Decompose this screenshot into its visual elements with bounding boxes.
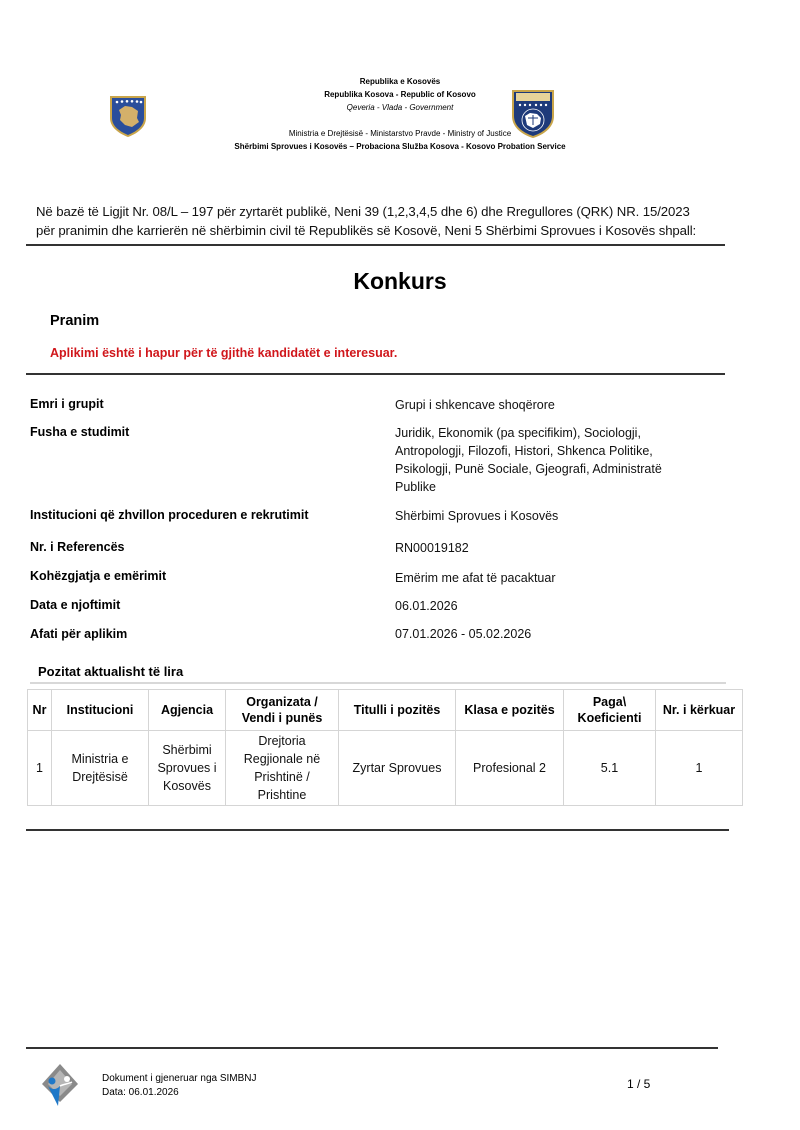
positions-table: Nr Institucioni Agjencia Organizata / Ve… — [27, 689, 743, 806]
table-header-row: Nr Institucioni Agjencia Organizata / Ve… — [28, 690, 743, 731]
table-row: 1 Ministria e Drejtësisë Shërbimi Sprovu… — [28, 731, 743, 806]
section-divider — [30, 682, 726, 684]
col-header-nr: Nr — [28, 690, 52, 731]
col-header-position-class: Klasa e pozitës — [456, 690, 564, 731]
info-value-field-of-study: Juridik, Ekonomik (pa specifikim), Socio… — [395, 424, 695, 496]
footer-info: Dokument i gjeneruar nga SIMBNJ Data: 06… — [102, 1072, 257, 1100]
cell-nr: 1 — [28, 731, 52, 806]
header-republic-multilingual: Republika Kosova - Republic of Kosovo — [0, 89, 800, 101]
header-government: Qeveria - Vlada - Government — [0, 102, 800, 114]
divider — [26, 244, 725, 246]
page-title: Konkurs — [0, 268, 800, 295]
info-label-field-of-study: Fusha e studimit — [30, 425, 129, 439]
col-header-institution: Institucioni — [52, 690, 149, 731]
simbnj-logo-icon — [40, 1062, 80, 1108]
info-label-recruiting-institution: Institucioni që zhvillon proceduren e re… — [30, 508, 309, 522]
probation-service-emblem-icon — [510, 88, 556, 140]
legal-basis-text: Në bazë të Ligjit Nr. 08/L – 197 për zyr… — [36, 202, 736, 240]
col-header-position-title: Titulli i pozitës — [339, 690, 456, 731]
cell-agency: Shërbimi Sprovues i Kosovës — [149, 731, 226, 806]
footer-generated-by: Dokument i gjeneruar nga SIMBNJ — [102, 1072, 257, 1086]
positions-section-title: Pozitat aktualisht të lira — [38, 664, 183, 679]
info-value-appointment-duration: Emërim me afat të pacaktuar — [395, 569, 695, 587]
divider — [26, 829, 729, 831]
footer-divider — [26, 1047, 718, 1049]
info-label-reference-number: Nr. i Referencës — [30, 540, 125, 554]
divider — [26, 373, 725, 375]
header-probation-service: Shërbimi Sprovues i Kosovës – Probaciona… — [0, 141, 800, 153]
info-value-application-deadline: 07.01.2026 - 05.02.2026 — [395, 625, 695, 643]
subtitle: Pranim — [50, 313, 99, 329]
cell-institution: Ministria e Drejtësisë — [52, 731, 149, 806]
col-header-organization: Organizata / Vendi i punës — [226, 690, 339, 731]
info-value-group-name: Grupi i shkencave shoqërore — [395, 396, 695, 414]
info-label-group-name: Emri i grupit — [30, 397, 104, 411]
application-notice: Aplikimi është i hapur për të gjithë kan… — [50, 346, 397, 360]
col-header-salary-coefficient: Paga\ Koeficienti — [564, 690, 656, 731]
info-label-application-deadline: Afati për aplikim — [30, 627, 127, 641]
cell-required-number: 1 — [656, 731, 743, 806]
legal-basis-line-2: për pranimin dhe karrierën në shërbimin … — [36, 221, 736, 240]
header-ministry: Ministria e Drejtësisë - Ministarstvo Pr… — [0, 128, 800, 140]
info-value-recruiting-institution: Shërbimi Sprovues i Kosovës — [395, 507, 695, 525]
cell-salary-coefficient: 5.1 — [564, 731, 656, 806]
info-label-appointment-duration: Kohëzgjatja e emërimit — [30, 569, 166, 583]
col-header-agency: Agjencia — [149, 690, 226, 731]
footer-date: Data: 06.01.2026 — [102, 1086, 257, 1100]
info-value-notice-date: 06.01.2026 — [395, 597, 695, 615]
info-label-notice-date: Data e njoftimit — [30, 598, 120, 612]
info-value-reference-number: RN00019182 — [395, 539, 695, 557]
legal-basis-line-1: Në bazë të Ligjit Nr. 08/L – 197 për zyr… — [36, 202, 736, 221]
col-header-required-number: Nr. i kërkuar — [656, 690, 743, 731]
cell-organization: Drejtoria Regjionale në Prishtinë / Pris… — [226, 731, 339, 806]
cell-position-class: Profesional 2 — [456, 731, 564, 806]
header-republic-albanian: Republika e Kosovës — [0, 76, 800, 88]
page-number: 1 / 5 — [627, 1077, 650, 1091]
cell-position-title: Zyrtar Sprovues — [339, 731, 456, 806]
